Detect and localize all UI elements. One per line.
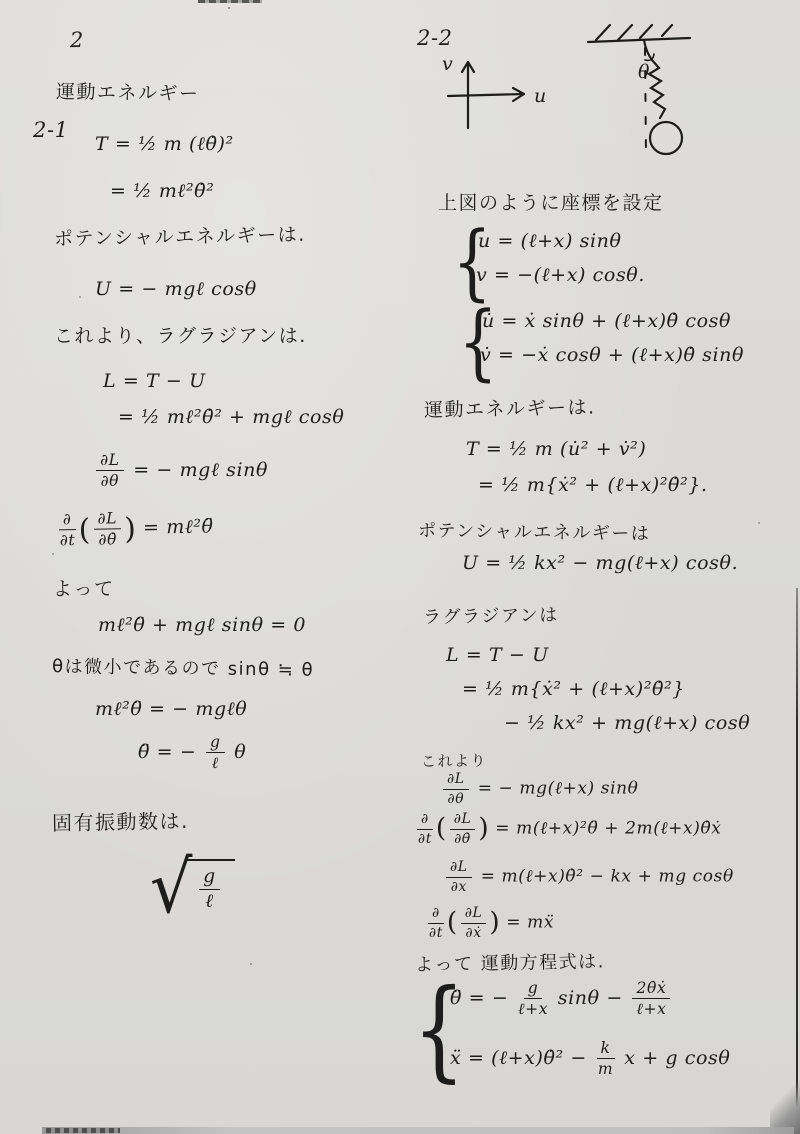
fraction-denominator: ∂θ̇ — [454, 830, 471, 847]
ceiling-hatch — [596, 25, 672, 40]
from-this-note: これより — [421, 751, 487, 770]
eq-lagrangian: L = T − U — [103, 370, 206, 393]
pendulum-mass — [650, 122, 682, 154]
page-number: 2 — [70, 28, 84, 53]
fraction: ∂∂t — [59, 511, 76, 549]
eq-lhs: θ̈ = − — [450, 987, 508, 1009]
fraction-numerator: ∂L — [450, 812, 476, 830]
eq-dl-dx: ∂L∂x = m(ℓ+x)θ̇² − kx + mg cosθ — [443, 860, 734, 894]
fraction-denominator: ∂θ — [447, 790, 464, 807]
scan-artifact-top-dash — [198, 0, 262, 3]
eq-mid: sinθ − — [558, 987, 623, 1009]
natural-frequency-heading: 固有振動数は. — [52, 809, 189, 835]
fraction-denominator: ∂ẋ — [465, 924, 481, 941]
radical-sign: √ — [150, 853, 193, 921]
fraction: km — [597, 1040, 615, 1078]
eq-eom-x: ẍ = (ℓ+x)θ̇² − km x + g cosθ — [450, 1040, 730, 1078]
fraction-denominator: ℓ — [212, 753, 219, 771]
eq-theta-ddot: θ̈ = − gℓ θ — [138, 734, 246, 772]
paper-speck — [250, 963, 252, 965]
fraction-numerator: ∂ — [428, 906, 444, 924]
kinetic-heading: 運動エネルギーは. — [424, 397, 596, 423]
problem-label-2-2: 2-2 — [417, 26, 453, 51]
paper-speck — [52, 553, 54, 555]
fraction-numerator: ∂L — [443, 772, 469, 790]
problem-label-2-1: 2-1 — [33, 118, 69, 143]
fraction: ∂L∂θ̇ — [450, 812, 476, 846]
fraction-numerator: ∂ — [59, 511, 76, 531]
potential-heading: ポテンシャルエネルギーは. — [54, 224, 306, 251]
open-paren: ( — [78, 512, 91, 546]
eq-t-def: T = ½ m (ℓθ̇)² — [95, 133, 234, 156]
scan-artifact-corner-shadow — [770, 1078, 800, 1134]
fraction-denominator: ℓ — [205, 890, 213, 912]
eq-rhs: = m(ℓ+x)²θ̈ + 2m(ℓ+x)θ̇ẋ — [495, 819, 721, 839]
fraction-numerator: g — [524, 980, 543, 999]
eq-lagrangian: L = T − U — [446, 644, 549, 667]
eq-velocity-u: u̇ = ẋ sinθ + (ℓ+x)θ̇ cosθ — [482, 310, 731, 333]
scan-artifact-right-edge-line — [796, 588, 798, 1134]
fraction: gℓ+x — [518, 980, 548, 1018]
fraction: gℓ — [199, 867, 220, 912]
eq-eom-theta: θ̈ = − gℓ+x sinθ − 2θ̇ẋℓ+x — [450, 980, 673, 1018]
fraction: gℓ — [206, 734, 225, 772]
scan-artifact-bottom-dashes — [46, 1128, 120, 1133]
eq-t-expand: = ½ m{ẋ² + (ℓ+x)²θ̇²}. — [478, 474, 708, 497]
eq-potential: U = − mgℓ cosθ — [95, 278, 257, 301]
eq-t-def: T = ½ m (u̇² + v̇²) — [466, 438, 646, 461]
fraction-numerator: k — [597, 1040, 615, 1059]
close-paren: ) — [478, 813, 489, 843]
fraction: ∂L∂θ̇ — [93, 510, 121, 548]
eq-dl-dtheta: ∂L∂θ = − mg(ℓ+x) sinθ — [440, 772, 639, 806]
kinetic-energy-heading: 運動エネルギー — [56, 81, 200, 106]
eq-lagrangian-expand: = ½ m{ẋ² + (ℓ+x)²θ̇²} — [462, 678, 685, 701]
fraction: ∂∂t — [428, 906, 444, 940]
fraction-numerator: ∂L — [446, 860, 472, 878]
fraction-numerator: g — [206, 734, 225, 753]
eq-euler-x: ∂∂t(∂L∂ẋ) = mẍ — [425, 906, 554, 940]
setup-note: 上図のように座標を設定 — [438, 192, 664, 215]
potential-heading: ポテンシャルエネルギーは — [418, 520, 651, 545]
fraction-numerator: ∂L — [461, 906, 487, 924]
lagrangian-heading: ラグラジアンは — [423, 605, 559, 629]
eq-euler-theta: ∂∂t(∂L∂θ̇) = mℓ²θ̈ — [56, 509, 214, 549]
spring-zigzag — [649, 60, 665, 118]
radicand: gℓ — [186, 859, 235, 912]
eq-rhs: = − mgℓ sinθ — [133, 459, 268, 481]
eq-rhs: x + g cosθ — [624, 1047, 730, 1069]
scan-artifact-top-dot — [228, 7, 230, 9]
scanned-notebook-page: 2 2-1 2-2 運動エネルギー T = ½ m (ℓθ̇)² = ½ mℓ²… — [0, 0, 800, 1134]
fraction-numerator: g — [199, 867, 220, 890]
fraction: ∂L∂θ — [443, 772, 469, 806]
fraction: ∂L∂ẋ — [461, 906, 487, 940]
spring-pendulum-diagram: θ — [582, 16, 712, 176]
eq-coord-u: u = (ℓ+x) sinθ — [478, 230, 622, 253]
eq-euler-theta: ∂∂t(∂L∂θ̇) = m(ℓ+x)²θ̈ + 2m(ℓ+x)θ̇ẋ — [414, 812, 721, 846]
close-paren: ) — [489, 907, 500, 937]
v-axis-label: v — [442, 53, 453, 75]
eq-motion: mℓ²θ̈ + mgℓ sinθ = 0 — [98, 614, 306, 637]
eq-lhs: θ̈ = − — [138, 741, 196, 763]
u-axis-label: u — [534, 85, 546, 107]
fraction-numerator: ∂L — [93, 510, 121, 530]
fraction-denominator: m — [598, 1059, 613, 1077]
fraction-numerator: ∂L — [96, 452, 124, 471]
fraction-denominator: ∂t — [60, 530, 76, 549]
coordinate-axes-diagram: v u — [438, 50, 558, 140]
eq-rhs: = − mg(ℓ+x) sinθ — [478, 779, 639, 799]
sqrt-radical: √gℓ — [150, 856, 235, 919]
open-paren: ( — [447, 907, 458, 937]
eq-velocity-v: v̇ = −ẋ cosθ + (ℓ+x)θ̇ sinθ — [480, 344, 744, 367]
eq-t-expand: = ½ mℓ²θ̇² — [110, 180, 214, 203]
u-axis — [448, 94, 524, 96]
fraction: ∂L∂θ — [96, 452, 124, 490]
eq-dl-dtheta: ∂L∂θ = − mgℓ sinθ — [93, 452, 268, 490]
paper-speck — [758, 522, 760, 524]
eq-lagrangian-expand: = ½ mℓ²θ̇² + mgℓ cosθ — [118, 406, 344, 429]
eq-rhs: = mẍ — [506, 913, 554, 933]
paper-speck — [79, 296, 81, 298]
fraction-numerator: 2θ̇ẋ — [632, 980, 670, 999]
close-paren: ) — [124, 512, 137, 546]
fraction: ∂∂t — [417, 812, 433, 846]
open-paren: ( — [436, 813, 447, 843]
therefore-note: よって — [53, 578, 115, 601]
eq-coord-v: v = −(ℓ+x) cosθ. — [476, 264, 645, 287]
ceiling-line — [588, 38, 690, 42]
fraction: 2θ̇ẋℓ+x — [632, 980, 670, 1018]
eq-rhs: = mℓ²θ̈ — [143, 515, 214, 538]
scan-artifact-bottom-strip — [42, 1127, 794, 1134]
eq-natural-frequency: √gℓ — [150, 856, 235, 919]
eq-rhs: θ — [234, 741, 246, 763]
fraction: ∂L∂x — [446, 860, 472, 894]
eq-lagrangian-expand2: − ½ kx² + mg(ℓ+x) cosθ — [504, 712, 750, 735]
eq-linearized: mℓ²θ̈ = − mgℓθ — [95, 698, 247, 721]
eq-lhs: ẍ = (ℓ+x)θ̇² − — [450, 1047, 587, 1069]
fraction-denominator: ℓ+x — [518, 999, 548, 1017]
fraction-denominator: ∂t — [429, 924, 443, 941]
fraction-denominator: ∂t — [418, 830, 432, 847]
lagrangian-heading: これより、ラグラジアンは. — [54, 325, 307, 348]
fraction-denominator: ∂θ̇ — [98, 530, 117, 549]
fraction-denominator: ∂x — [451, 878, 467, 895]
eq-rhs: = m(ℓ+x)θ̇² − kx + mg cosθ — [481, 867, 734, 887]
eq-potential: U = ½ kx² − mg(ℓ+x) cosθ. — [462, 552, 738, 575]
small-angle-note: θは微小であるので sinθ ≒ θ — [52, 656, 314, 681]
angle-label: θ — [638, 61, 650, 83]
fraction-denominator: ℓ+x — [636, 999, 666, 1017]
fraction-numerator: ∂ — [417, 812, 433, 830]
fraction-denominator: ∂θ — [100, 471, 119, 489]
